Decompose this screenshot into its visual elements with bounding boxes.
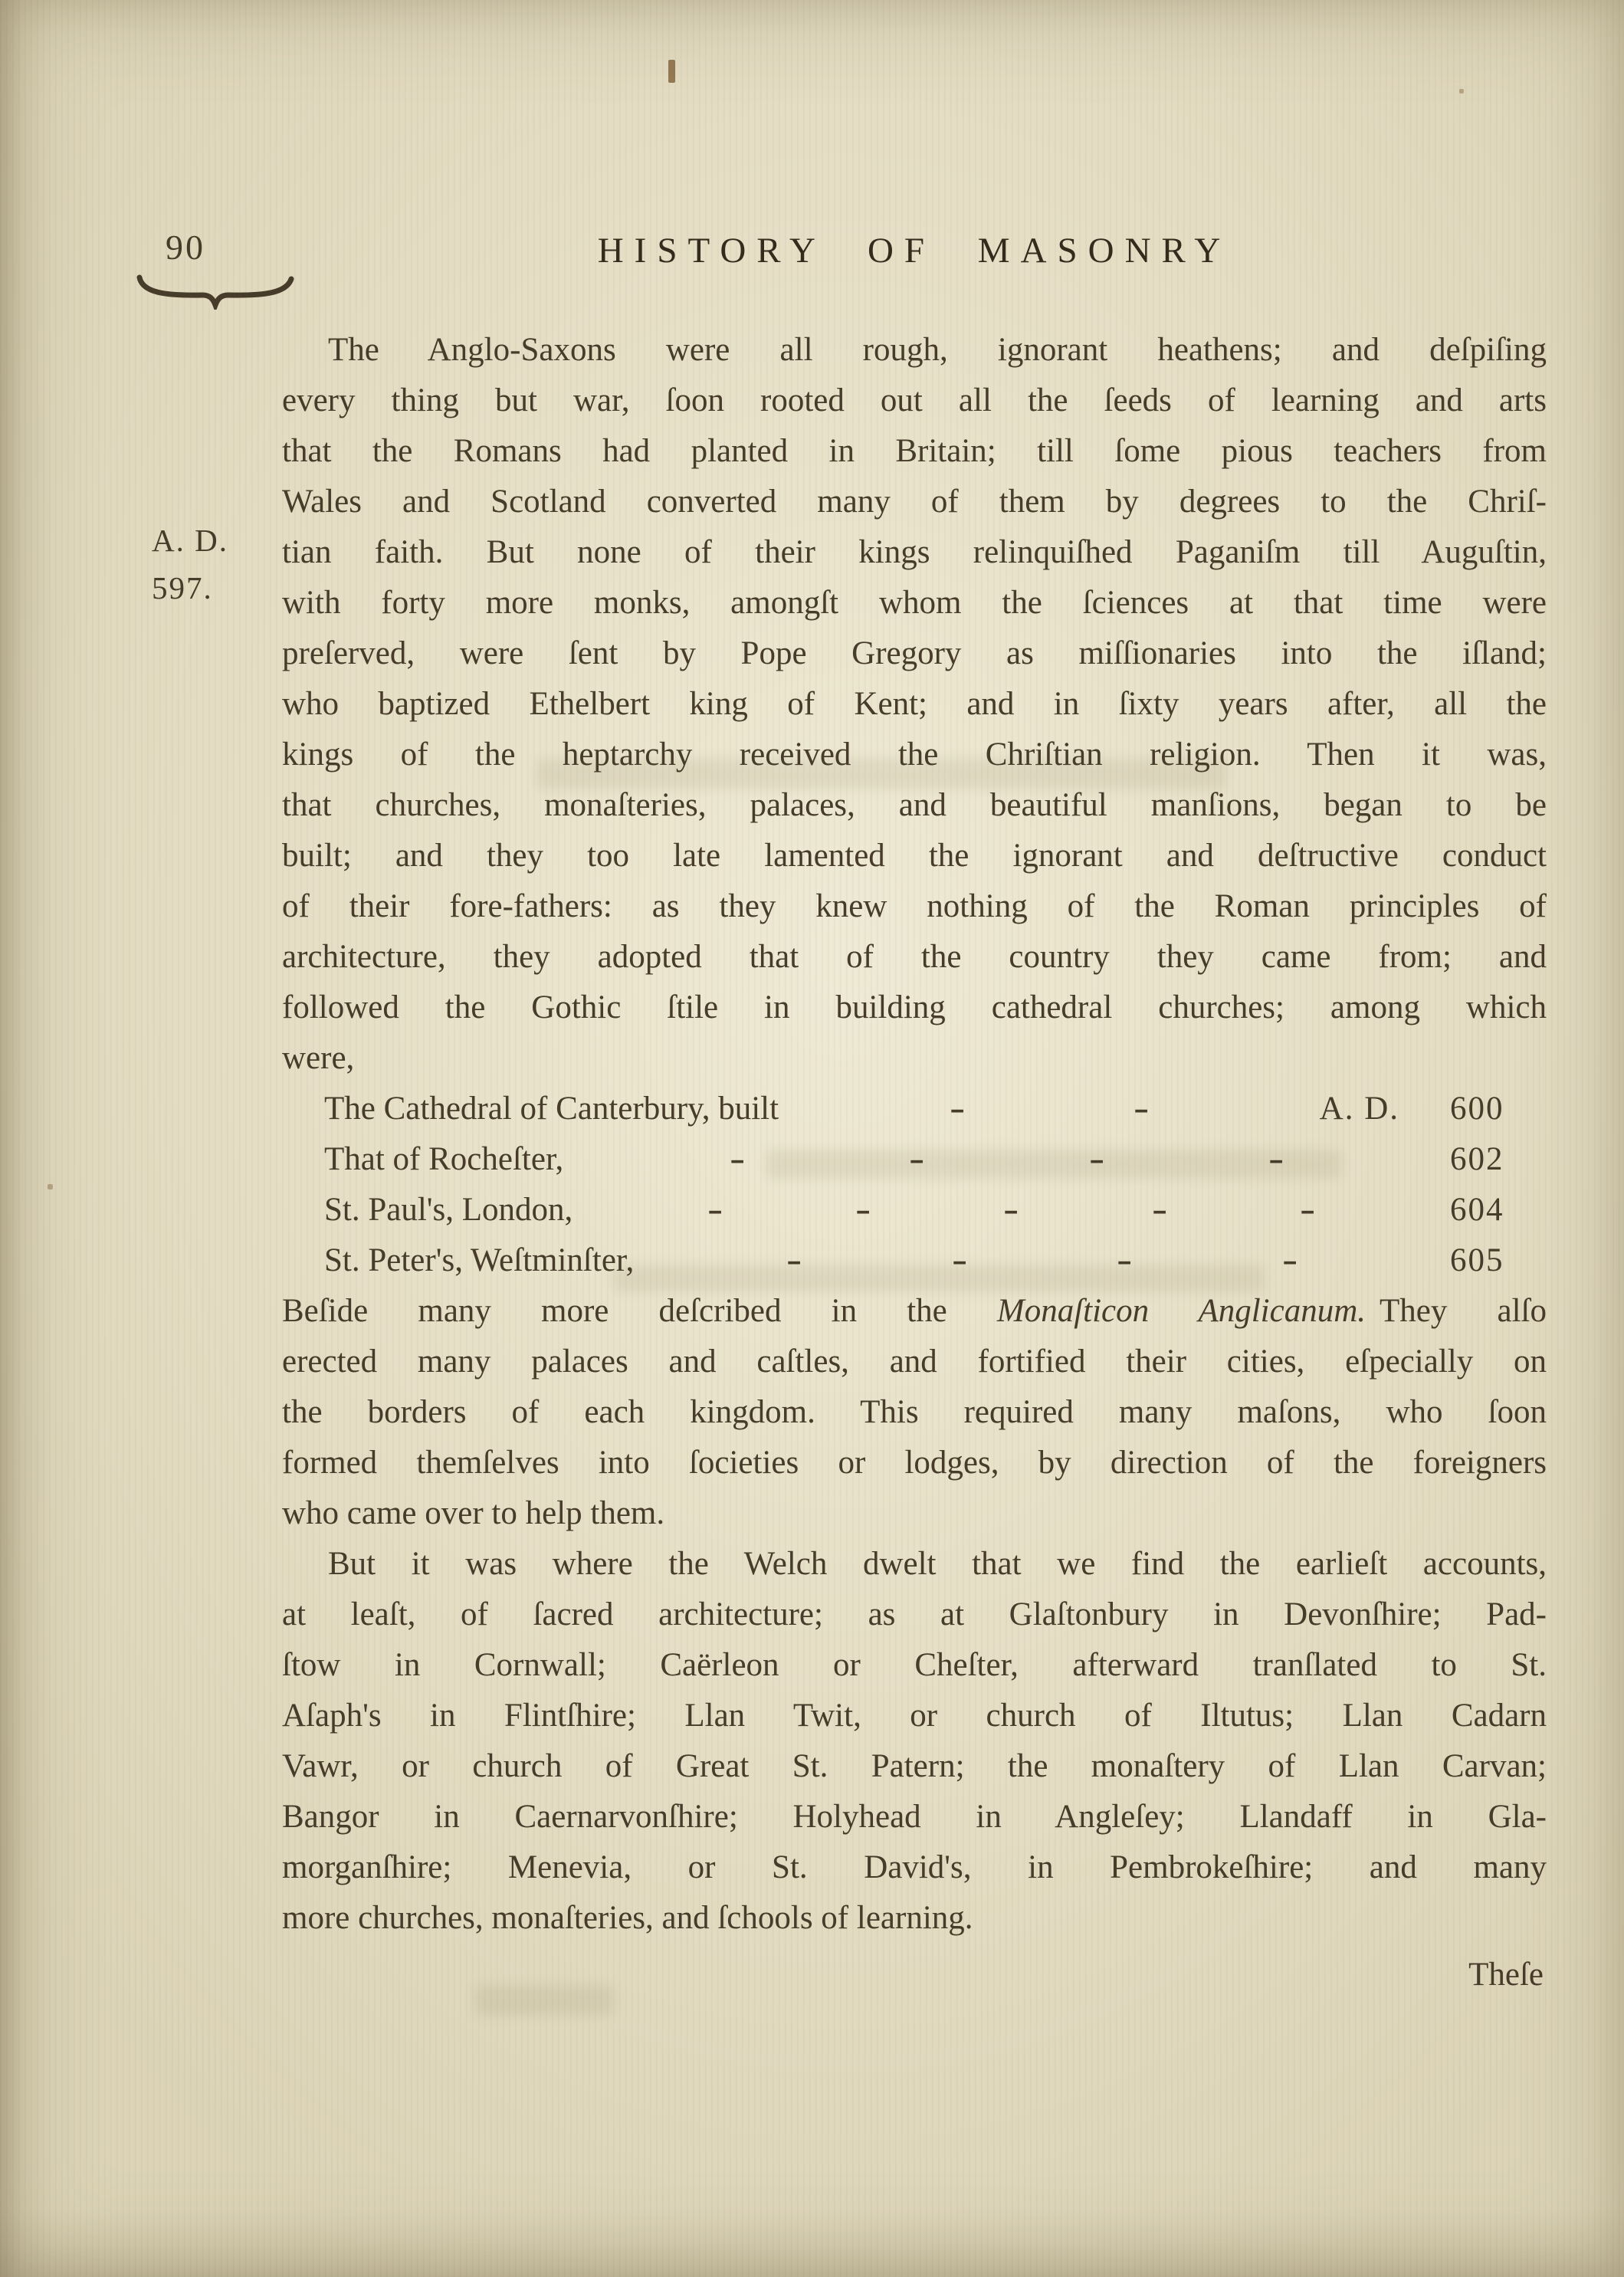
- cathedral-name: The Cathedral of Canterbury, built: [324, 1084, 779, 1134]
- cathedral-list-row: That of Rocheſter, ---- 602: [282, 1134, 1547, 1185]
- dash-mark: -: [950, 1084, 965, 1134]
- dash-mark: -: [1089, 1134, 1104, 1185]
- cathedral-name: That of Rocheſter,: [324, 1134, 563, 1185]
- dash-mark: -: [1282, 1235, 1298, 1286]
- text-line: kings of the heptarchy received the Chri…: [282, 730, 1547, 780]
- dash-mark: -: [786, 1235, 802, 1286]
- margin-note-line: 597.: [152, 564, 228, 612]
- cathedral-name: St. Paul's, London,: [324, 1185, 573, 1235]
- dash-mark: -: [707, 1185, 723, 1235]
- text-line: architecture, they adopted that of the c…: [282, 932, 1547, 983]
- catchword: Theſe: [282, 1950, 1547, 2000]
- text-line: every thing but war, ſoon rooted out all…: [282, 376, 1547, 426]
- text-line: Beſide many more deſcribed in the Monaſt…: [282, 1286, 1547, 1337]
- text-run: Beſide many more deſcribed in the: [282, 1293, 997, 1329]
- ink-speck: [668, 60, 675, 83]
- text-line: the borders of each kingdom. This requir…: [282, 1387, 1547, 1438]
- cathedral-year: 604: [1450, 1185, 1547, 1235]
- text-line: But it was where the Welch dwelt that we…: [282, 1539, 1547, 1590]
- cathedral-year: 602: [1450, 1134, 1547, 1185]
- text-line: with forty more monks, amongſt whom the …: [282, 578, 1547, 628]
- text-line: preſerved, were ſent by Pope Gregory as …: [282, 628, 1547, 679]
- dash-leader: ----: [634, 1235, 1450, 1286]
- dash-mark: -: [1152, 1185, 1167, 1235]
- text-line: that the Romans had planted in Britain; …: [282, 426, 1547, 477]
- text-line: Bangor in Caernarvonſhire; Holyhead in A…: [282, 1792, 1547, 1842]
- text-line: more churches, monaſteries, and ſchools …: [282, 1893, 1547, 1944]
- text-line: The Anglo-Saxons were all rough, ignoran…: [282, 325, 1547, 376]
- dash-mark: -: [1134, 1084, 1149, 1134]
- dash-mark: -: [1268, 1134, 1284, 1185]
- dash-mark: -: [730, 1134, 745, 1185]
- text-line: Vawr, or church of Great St. Patern; the…: [282, 1741, 1547, 1792]
- dash-leader: --: [779, 1084, 1320, 1134]
- cathedral-year: 600: [1450, 1084, 1547, 1134]
- text-line: of their fore-fathers: as they knew noth…: [282, 881, 1547, 932]
- cathedral-name: St. Peter's, Weſtminſter,: [324, 1235, 634, 1286]
- margin-note-line: A. D.: [152, 517, 228, 564]
- dash-leader: -----: [573, 1185, 1450, 1235]
- dash-mark: -: [1117, 1235, 1133, 1286]
- text-line: morganſhire; Menevia, or St. David's, in…: [282, 1842, 1547, 1893]
- text-line: erected many palaces and caſtles, and fo…: [282, 1337, 1547, 1387]
- text-line: Wales and Scotland converted many of the…: [282, 477, 1547, 527]
- dash-mark: -: [1004, 1185, 1019, 1235]
- text-line: were,: [282, 1033, 1547, 1084]
- running-header: HISTORY OF MASONRY: [282, 230, 1547, 271]
- dash-leader: ----: [563, 1134, 1450, 1185]
- page-number-brace: [135, 270, 296, 310]
- text-line: who baptized Ethelbert king of Kent; and…: [282, 679, 1547, 730]
- ink-speck: [1459, 89, 1464, 94]
- text-line: that churches, monaſteries, palaces, and…: [282, 780, 1547, 831]
- cathedral-list-row: St. Paul's, London, ----- 604: [282, 1185, 1547, 1235]
- text-line: at leaſt, of ſacred architecture; as at …: [282, 1590, 1547, 1640]
- cathedral-list-row: St. Peter's, Weſtminſter, ---- 605: [282, 1235, 1547, 1286]
- cathedral-year: 605: [1450, 1235, 1547, 1286]
- dash-mark: -: [1300, 1185, 1315, 1235]
- text-line: followed the Gothic ſtile in building ca…: [282, 983, 1547, 1033]
- page-number: 90: [166, 227, 205, 267]
- text-line: formed themſelves into ſocieties or lodg…: [282, 1438, 1547, 1488]
- text-line: Aſaph's in Flintſhire; Llan Twit, or chu…: [282, 1691, 1547, 1741]
- book-title-italic: Monaſticon Anglicanum.: [997, 1293, 1366, 1329]
- book-page: 90 HISTORY OF MASONRY A. D. 597. The Ang…: [0, 0, 1624, 2277]
- dash-mark: -: [952, 1235, 967, 1286]
- text-run: They alſo: [1366, 1293, 1547, 1329]
- text-line: built; and they too late lamented the ig…: [282, 831, 1547, 881]
- text-line: tian faith. But none of their kings reli…: [282, 527, 1547, 578]
- text-line: who came over to help them.: [282, 1488, 1547, 1539]
- margin-note-date: A. D. 597.: [152, 517, 228, 612]
- dash-mark: -: [910, 1134, 925, 1185]
- anno-domini-label: A. D.: [1320, 1084, 1399, 1134]
- text-line: ſtow in Cornwall; Caërleon or Cheſter, a…: [282, 1640, 1547, 1691]
- dash-mark: -: [855, 1185, 871, 1235]
- cathedral-list-row: The Cathedral of Canterbury, built -- A.…: [282, 1084, 1547, 1134]
- text-block: The Anglo-Saxons were all rough, ignoran…: [282, 325, 1547, 2000]
- ink-speck: [48, 1184, 53, 1189]
